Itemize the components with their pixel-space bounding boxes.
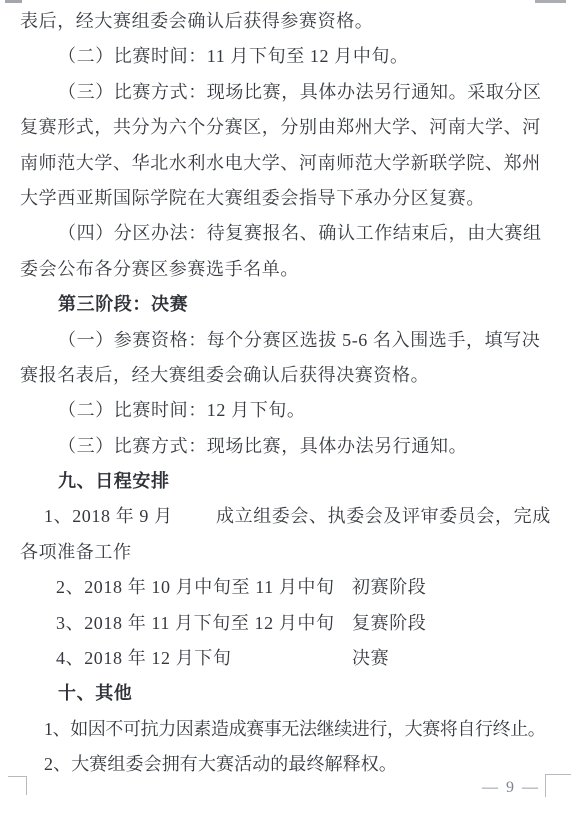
document-body: 表后，经大赛组委会确认后获得参赛资格。 （二）比赛时间：11 月下旬至 12 月… [20,4,567,783]
section-heading-schedule: 九、日程安排 [20,464,567,499]
doc-line: （四）分区办法：待复赛报名、确认工作结束后，由大赛组 [20,216,567,251]
doc-line: 委会公布各分赛区参赛选手名单。 [20,252,567,287]
section-heading-other: 十、其他 [20,676,567,711]
doc-line: （三）比赛方式：现场比赛，具体办法另行通知。 [20,429,567,464]
doc-line: （二）比赛时间：11 月下旬至 12 月中旬。 [20,39,567,74]
schedule-date: 3、2018 年 11 月下旬至 12 月中旬 [56,606,352,641]
schedule-row: 2、2018 年 10 月中旬至 11 月中旬 初赛阶段 [20,570,567,605]
schedule-row: 1、2018 年 9 月 成立组委会、执委会及评审委员会，完成 [20,499,567,534]
schedule-label: 成立组委会、执委会及评审委员会，完成 [216,499,551,534]
page-number: — 9 — [482,779,540,797]
text-boundary-mark-top-right [535,0,566,3]
text-boundary-mark-bottom-right [545,774,571,797]
text-boundary-mark-top-left [5,0,22,3]
document-page: 表后，经大赛组委会确认后获得参赛资格。 （二）比赛时间：11 月下旬至 12 月… [0,0,571,813]
schedule-label: 复赛阶段 [352,606,426,641]
doc-line: 大学西亚斯国际学院在大赛组委会指导下承办分区复赛。 [20,181,567,216]
doc-line: （二）比赛时间：12 月下旬。 [20,393,567,428]
schedule-date: 1、2018 年 9 月 [44,499,216,534]
schedule-label: 决赛 [352,641,389,676]
doc-line: 南师范大学、华北水利水电大学、河南师范大学新联学院、郑州 [20,146,567,181]
doc-line: 1、如因不可抗力因素造成赛事无法继续进行，大赛将自行终止。 [20,712,567,747]
doc-line: （三）比赛方式：现场比赛，具体办法另行通知。采取分区 [20,75,567,110]
text-boundary-mark-bottom-left [8,776,27,795]
doc-line: 各项准备工作 [20,535,567,570]
doc-line: （一）参赛资格：每个分赛区选拔 5-6 名入围选手，填写决 [20,323,567,358]
schedule-label: 初赛阶段 [352,570,426,605]
doc-line: 复赛形式，共分为六个分赛区，分别由郑州大学、河南大学、河 [20,110,567,145]
doc-line: 赛报名表后，经大赛组委会确认后获得决赛资格。 [20,358,567,393]
schedule-date: 4、2018 年 12 月下旬 [56,641,352,676]
doc-line: 2、大赛组委会拥有大赛活动的最终解释权。 [20,747,567,782]
schedule-row: 4、2018 年 12 月下旬 决赛 [20,641,567,676]
schedule-date: 2、2018 年 10 月中旬至 11 月中旬 [56,570,352,605]
doc-line: 表后，经大赛组委会确认后获得参赛资格。 [20,4,567,39]
section-heading-stage3-final: 第三阶段：决赛 [20,287,567,322]
schedule-row: 3、2018 年 11 月下旬至 12 月中旬 复赛阶段 [20,606,567,641]
